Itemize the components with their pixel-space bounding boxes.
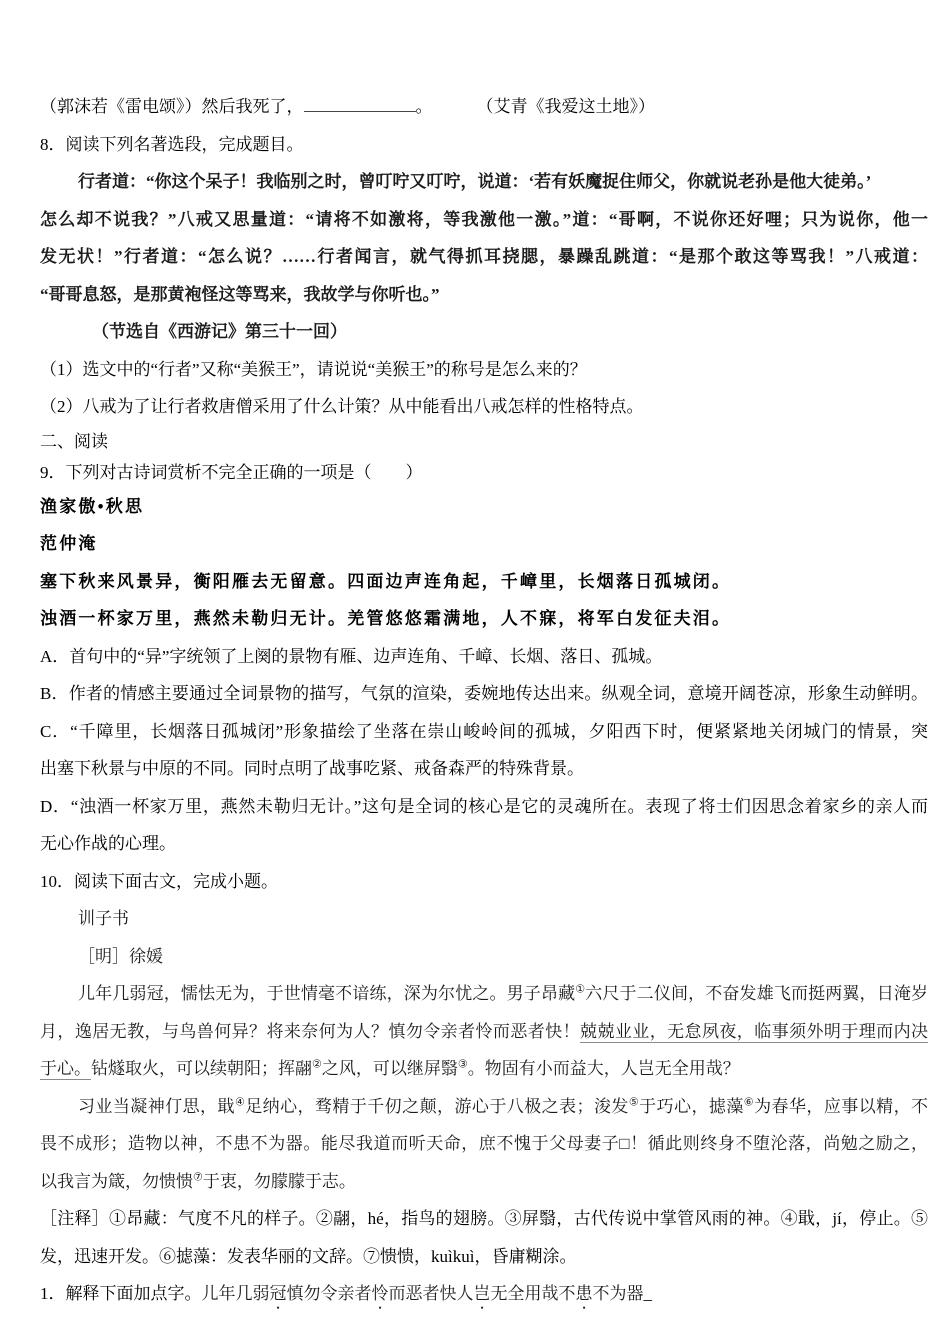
q10-p4-text-b: 足纳心，骛精于千仞之颠，游心于八极之表；浚发 xyxy=(245,1097,629,1116)
q7-left-text: （郭沫若《雷电颂》）然后我死了， xyxy=(40,97,304,116)
q9-option-c-line-1: C．“千障里，长烟落日孤城闭”形象描绘了坐落在崇山峻岭间的孤城，夕阳西下时，便紧… xyxy=(40,713,928,751)
q10-p6-text-b: 于衷，勿朦朦于志。 xyxy=(203,1172,356,1191)
q9-option-d-line-2: 无心作战的心理。 xyxy=(40,825,928,863)
q10-sub1-answer-blank: _ xyxy=(644,1284,653,1303)
q10-p4-text-a: 习业当凝神仃思，戢 xyxy=(78,1097,235,1116)
q8-subquestion-1: （1）选文中的“行者”又称“美猴王”，请说说“美猴王”的称号是怎么来的？ xyxy=(40,351,928,389)
q10-p1-text-b: 六尺于二仪间，不奋发雄飞而挺两翼，日淹岁 xyxy=(585,984,928,1003)
q8-passage-line-2: 怎么却不说我？”八戒又思量道：“请将不如激将，等我激他一激。”道：“哥啊，不说你… xyxy=(40,201,928,239)
q10-p4-text-c: 于巧心，摅藻 xyxy=(639,1097,744,1116)
q10-sub1-dotted-char-guan: 冠 xyxy=(270,1284,287,1303)
q10-sub1-fragment-2: 慎勿令亲者 xyxy=(287,1284,372,1303)
q10-p4-text-d: 为春华，应事以精，不 xyxy=(754,1097,928,1116)
footnote-marker-3: ③ xyxy=(458,1058,468,1070)
q10-passage-title: 训子书 xyxy=(40,900,928,938)
q10-sub1-fragment-3: 而恶者快人 xyxy=(389,1284,474,1303)
fill-in-blank-underline xyxy=(304,94,416,112)
q8-passage-line-4: “哥哥息怒，是那黄袍怪这等骂来，我故学与你听也。” xyxy=(40,276,928,314)
q9-option-a: A．首句中的“异”字统领了上阕的景物有雁、边声连角、千嶂、长烟、落日、孤城。 xyxy=(40,638,928,676)
q10-passage-line-4: 习业当凝神仃思，戢④足纳心，骛精于千仞之颠，游心于八极之表；浚发⑤于巧心，摅藻⑥… xyxy=(40,1088,928,1126)
footnote-marker-4: ④ xyxy=(235,1096,245,1108)
q8-subquestion-2: （2）八戒为了让行者救唐僧采用了什么计策？从中能看出八戒怎样的性格特点。 xyxy=(40,388,928,426)
q10-notes-line-2: 发，迅速开发。⑥摅藻：发表华丽的文辞。⑦愦愦，kuìkuì，昏庸糊涂。 xyxy=(40,1238,928,1276)
q10-sub1-fragment-4: 无全用哉不 xyxy=(491,1284,576,1303)
q10-sub1-dotted-char-qi: 岂 xyxy=(474,1284,491,1303)
q10-heading: 10．阅读下面古文，完成小题。 xyxy=(40,863,928,901)
q10-sub1-dotted-char-lian: 怜 xyxy=(372,1284,389,1303)
q10-p3-text-c: 。物固有小而益大，人岂无全用哉？ xyxy=(468,1059,740,1078)
q9-poem-line-2: 浊酒一杯家万里，燕然未勒归无计。羌管悠悠霜满地，人不寐，将军白发征夫泪。 xyxy=(40,600,928,638)
q10-p2-text: 月，逸居无教，与鸟兽何异？将来奈何为人？慎勿令亲者怜而恶者快！ xyxy=(40,1022,580,1041)
footnote-marker-6: ⑥ xyxy=(744,1096,754,1108)
q10-passage-author: ［明］徐媛 xyxy=(40,938,928,976)
exam-document-page: （郭沫若《雷电颂》）然后我死了，。（艾青《我爱这土地》） 8．阅读下列名著选段，… xyxy=(0,0,950,1344)
q10-passage-line-5: 畏不成形；造物以神，不患不为器。能尽我道而听天命，庶不愧于父母妻子□！循此则终身… xyxy=(40,1125,928,1163)
section-2-title: 二、阅读 xyxy=(40,426,928,457)
q10-sub1-fragment-1: 儿年几弱 xyxy=(202,1284,270,1303)
q7-right-text: （艾青《我爱这土地》） xyxy=(477,97,656,116)
q10-notes-line-1: ［注释］①昂藏：气度不凡的样子。②翮，hé，指鸟的翅膀。③屏翳，古代传说中掌管风… xyxy=(40,1200,928,1238)
q9-poem-title: 渔家傲•秋思 xyxy=(40,488,928,526)
q9-poet-name: 范仲淹 xyxy=(40,525,928,563)
q9-option-c-line-2: 出塞下秋景与中原的不同。同时点明了战事吃紧、戒备森严的特殊背景。 xyxy=(40,750,928,788)
q9-heading: 9．下列对古诗词赏析不完全正确的一项是（ ） xyxy=(40,457,928,488)
q10-passage-line-2: 月，逸居无教，与鸟兽何异？将来奈何为人？慎勿令亲者怜而恶者快！兢兢业业，无怠夙夜… xyxy=(40,1013,928,1051)
q10-p1-text-a: 儿年几弱冠，懦怯无为，于世情毫不谙练，深为尔忧之。男子昂藏 xyxy=(78,984,575,1003)
q7-period: 。 xyxy=(416,97,433,116)
footnote-marker-1: ① xyxy=(575,983,585,995)
q10-p6-text-a: 以我言为箴，勿愦愦 xyxy=(40,1172,193,1191)
q10-passage-line-3: 于心。钻燧取火，可以续朝阳；挥翮②之风，可以继屏翳③。物固有小而益大，人岂无全用… xyxy=(40,1050,928,1088)
q8-heading: 8．阅读下列名著选段，完成题目。 xyxy=(40,126,928,164)
q8-passage-line-3: 发无状！”行者道：“怎么说？……行者闻言，就气得抓耳挠腮，暴躁乱跳道：“是那个敢… xyxy=(40,238,928,276)
footnote-marker-5: ⑤ xyxy=(629,1096,639,1108)
q9-poem-line-1: 塞下秋来风景异，衡阳雁去无留意。四面边声连角起，千嶂里，长烟落日孤城闭。 xyxy=(40,563,928,601)
q8-passage-source: （节选自《西游记》第三十一回） xyxy=(40,313,928,351)
q10-p3-text-b: 之风，可以继屏翳 xyxy=(322,1059,458,1078)
q10-passage-line-1: 儿年几弱冠，懦怯无为，于世情毫不谙练，深为尔忧之。男子昂藏①六尺于二仪间，不奋发… xyxy=(40,975,928,1013)
q7-completion-line: （郭沫若《雷电颂》）然后我死了，。（艾青《我爱这土地》） xyxy=(40,88,928,126)
footnote-marker-2: ② xyxy=(312,1058,322,1070)
q10-sub1-fragment-5: 不为器 xyxy=(593,1284,644,1303)
q9-option-b: B．作者的情感主要通过全词景物的描写，气氛的渲染，委婉地传达出来。纵观全词，意境… xyxy=(40,675,928,713)
q8-passage-line-1: 行者道：“你这个呆子！我临别之时，曾叮咛又叮咛，说道：‘若有妖魔捉住师父，你就说… xyxy=(40,163,928,201)
q9-option-d-line-1: D．“浊酒一杯家万里，燕然未勒归无计。”这句是全词的核心是它的灵魂所在。表现了将… xyxy=(40,788,928,826)
q10-subquestion-1: 1．解释下面加点字。儿年几弱冠慎勿令亲者怜而恶者快人岂无全用哉不患不为器_ xyxy=(40,1275,928,1313)
q10-underlined-clause-part-1: 兢兢业业，无怠夙夜，临事须外明于理而内决 xyxy=(580,1022,928,1043)
q10-underlined-clause-part-2: 于心。 xyxy=(40,1059,91,1080)
q10-sub1-dotted-char-huan: 患 xyxy=(576,1284,593,1303)
q10-sub1-lead: 1．解释下面加点字。 xyxy=(40,1284,202,1303)
q10-p3-text-a: 钻燧取火，可以续朝阳；挥翮 xyxy=(91,1059,312,1078)
footnote-marker-7: ⑦ xyxy=(193,1171,203,1183)
q10-passage-line-6: 以我言为箴，勿愦愦⑦于衷，勿朦朦于志。 xyxy=(40,1163,928,1201)
